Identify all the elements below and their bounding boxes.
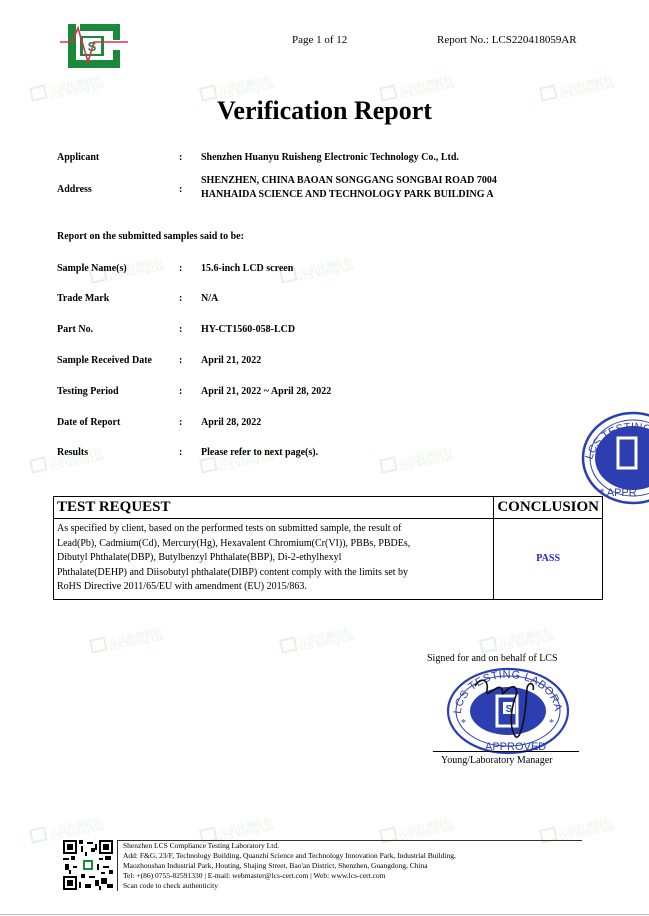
field-label: Address <box>57 184 92 195</box>
qr-code-icon[interactable] <box>63 840 113 890</box>
field-value: Shenzhen Huanyu Ruisheng Electronic Tech… <box>201 152 459 163</box>
approval-stamp-icon: LCS TESTING * APPR <box>578 408 649 506</box>
conclusion-pass: PASS <box>494 519 603 600</box>
header-conclusion: CONCLUSION <box>494 497 603 519</box>
page-bottom-edge <box>0 914 649 915</box>
footer-scan-note: Scan code to check authenticity <box>123 881 587 891</box>
watermark: 立讯检测股份LCS Testing Lab <box>89 624 165 656</box>
address-line-1: SHENZHEN, CHINA BAOAN SONGGANG SONGBAI R… <box>201 175 497 186</box>
watermark: 立讯检测股份LCS Testing Lab <box>279 624 355 656</box>
lcs-approved-stamp-icon: LCS TESTING LABORATORY APPROVED * * S <box>445 666 571 756</box>
report-number: Report No.: LCS220418059AR <box>437 34 577 46</box>
watermark-logo-icon <box>29 827 48 844</box>
watermark-logo-icon <box>479 637 498 654</box>
svg-text:*: * <box>461 718 466 729</box>
table-row: As specified by client, based on the per… <box>54 519 603 600</box>
page-number: Page 1 of 12 <box>292 34 347 46</box>
svg-text:*: * <box>549 718 554 729</box>
footer-address-1: Add: F&G, 23/F, Technology Building, Qua… <box>123 851 587 861</box>
watermark-logo-icon <box>89 637 108 654</box>
watermark-logo-icon <box>279 637 298 654</box>
svg-text:* APPR: * APPR <box>600 487 637 499</box>
footer-company: Shenzhen LCS Compliance Testing Laborato… <box>123 841 587 851</box>
header-test-request: TEST REQUEST <box>54 497 494 519</box>
watermark: 立讯检测股份LCS Testing Lab <box>379 444 455 476</box>
test-request-text: As specified by client, based on the per… <box>54 519 494 600</box>
signer-name: Young/Laboratory Manager <box>441 755 552 766</box>
watermark: 立讯检测股份LCS Testing Lab <box>479 624 555 656</box>
lcs-logo-icon: S <box>60 22 128 70</box>
intro-text: Report on the submitted samples said to … <box>57 231 244 242</box>
footer-contact-line: Tel: +(86) 0755-82591330 | E-mail: webma… <box>123 871 587 881</box>
signature-line <box>433 751 579 752</box>
test-request-table: TEST REQUEST CONCLUSION As specified by … <box>53 496 603 600</box>
footer-contact: Shenzhen LCS Compliance Testing Laborato… <box>117 841 587 891</box>
signed-for-text: Signed for and on behalf of LCS <box>427 653 558 664</box>
watermark-logo-icon <box>29 457 48 474</box>
watermark-logo-icon <box>199 457 218 474</box>
field-label: Applicant <box>57 152 99 163</box>
page-title: Verification Report <box>0 96 649 126</box>
address-line-2: HANHAIDA SCIENCE AND TECHNOLOGY PARK BUI… <box>201 189 494 200</box>
watermark-logo-icon <box>379 457 398 474</box>
footer-address-2: Maozhoushan Industrial Park, Houting, Sh… <box>123 861 587 871</box>
